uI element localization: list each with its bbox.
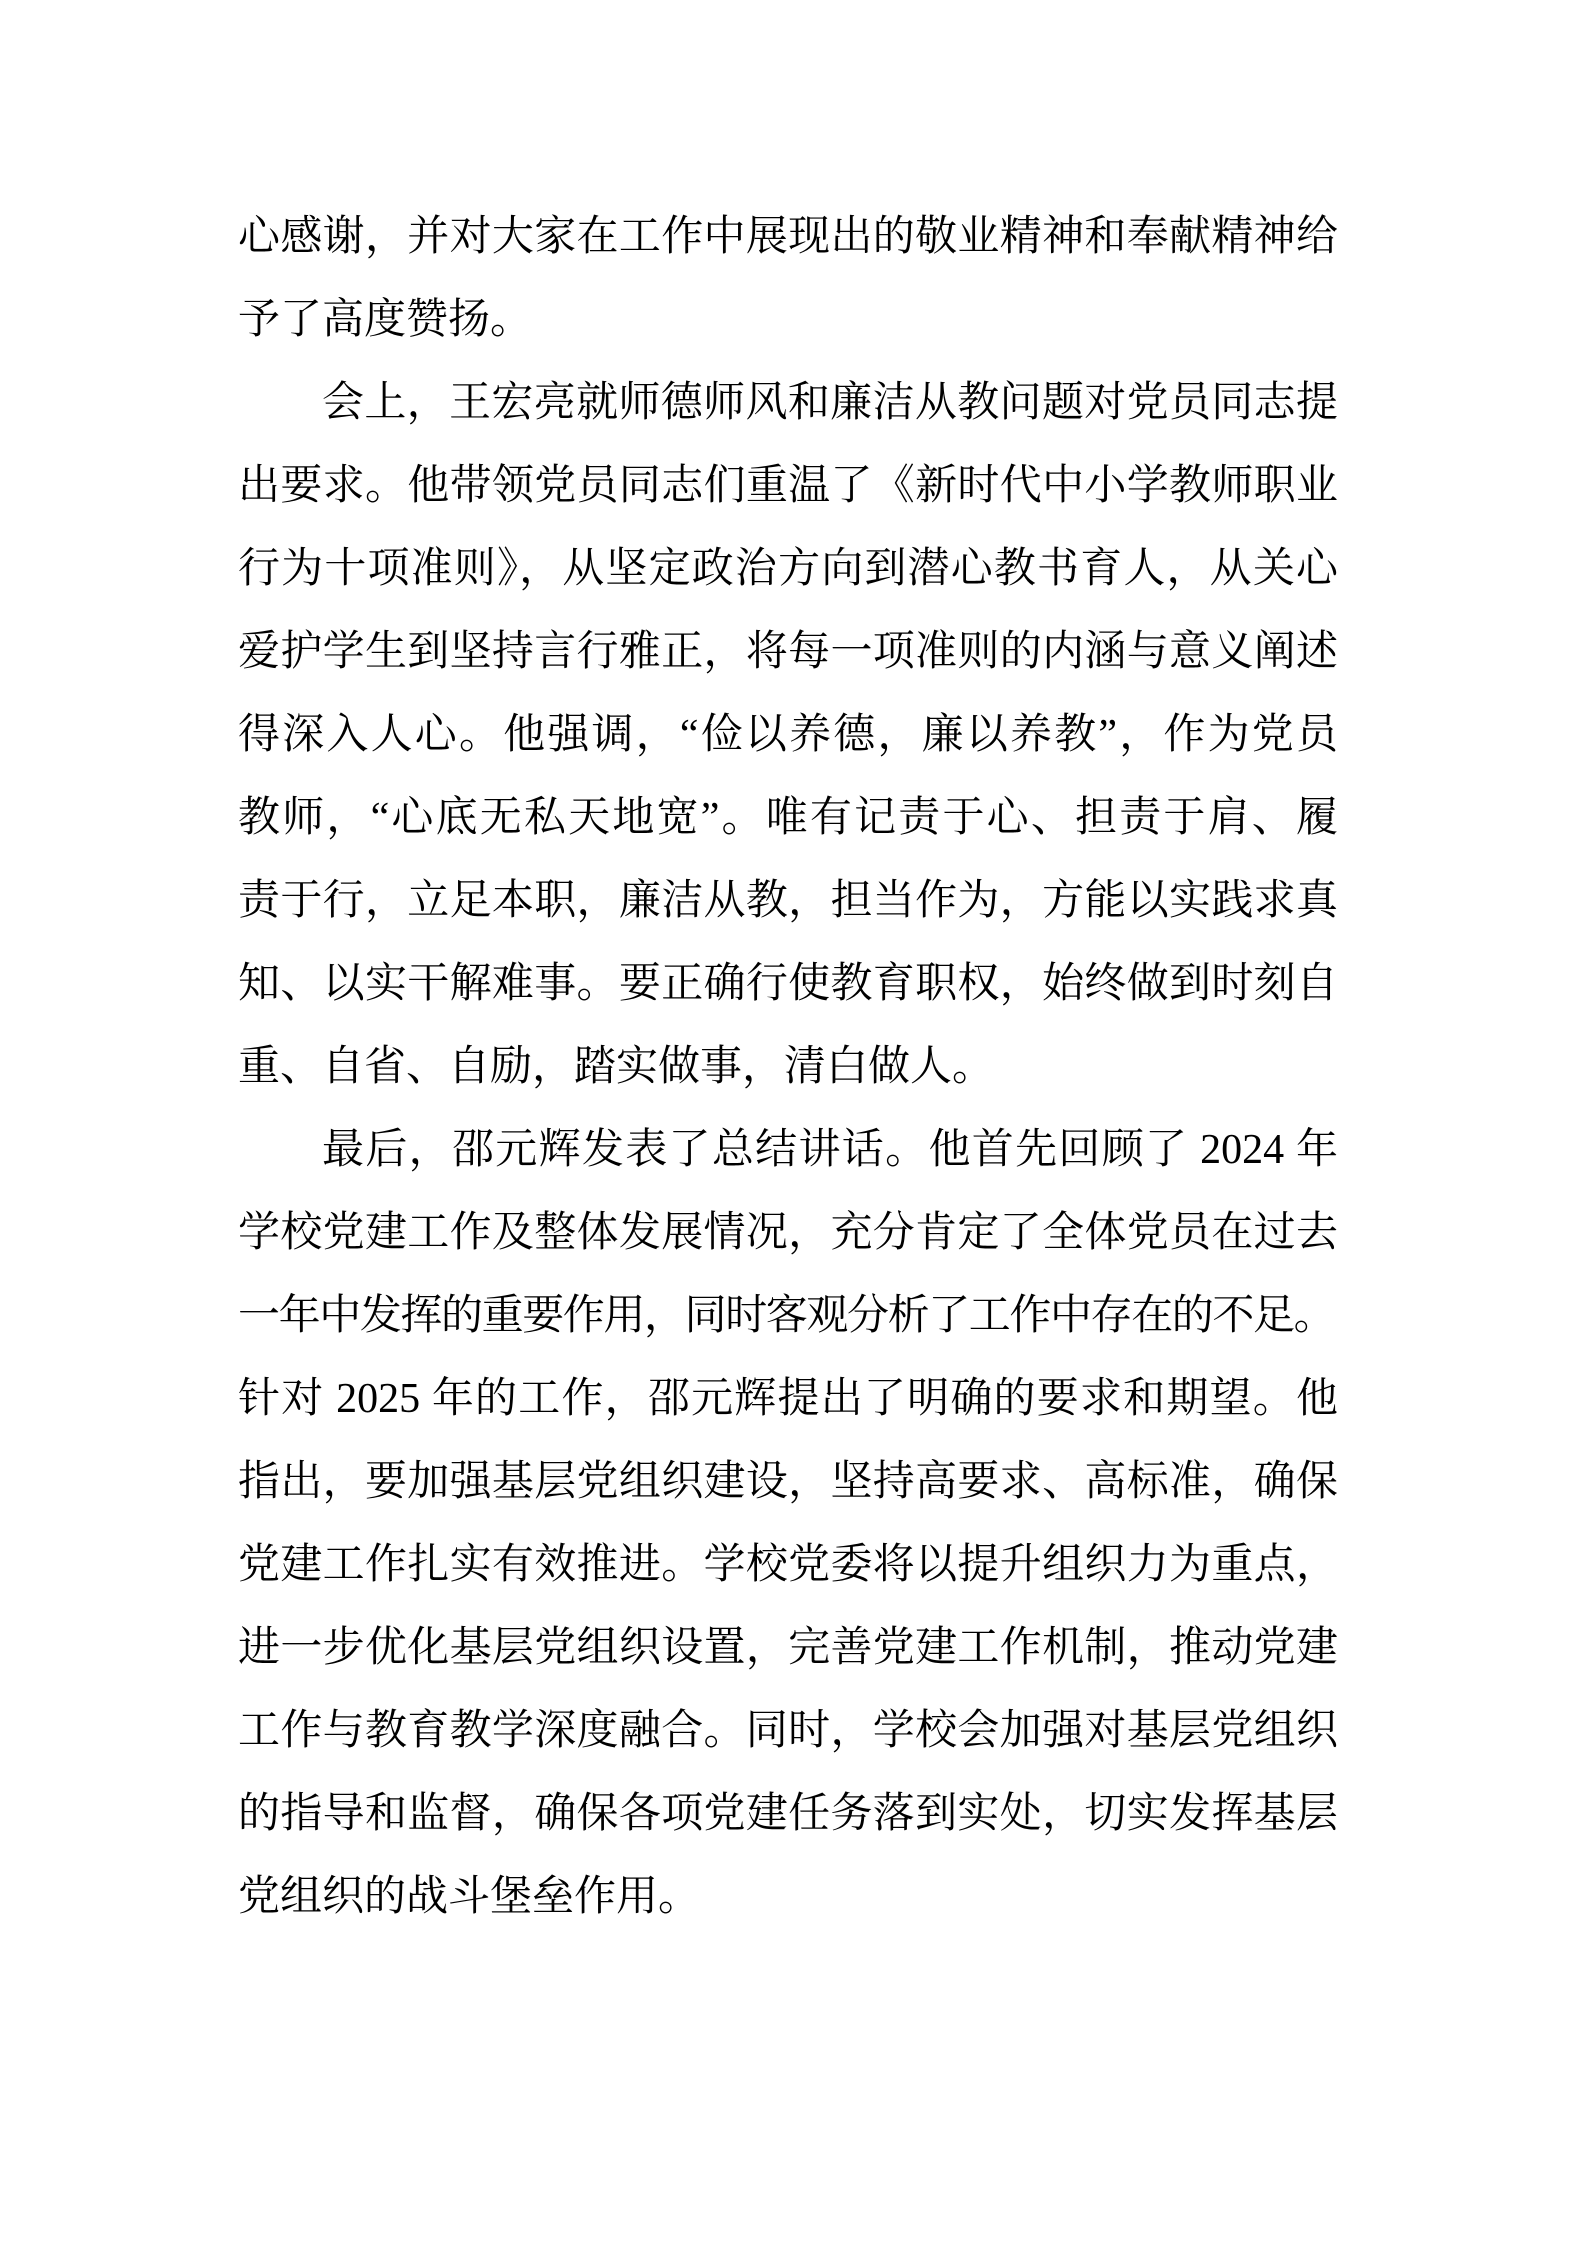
text-line: 行为十项准则》，从坚定政治方向到潜心教书育人，从关心 [238, 528, 1338, 611]
text-line: 党建工作扎实有效推进。学校党委将以提升组织力为重点， [238, 1524, 1338, 1607]
text-line: 心感谢，并对大家在工作中展现出的敬业精神和奉献精神给 [238, 196, 1338, 279]
document-page: 心感谢，并对大家在工作中展现出的敬业精神和奉献精神给予了高度赞扬。会上，王宏亮就… [0, 0, 1587, 2245]
text-line: 爱护学生到坚持言行雅正，将每一项准则的内涵与意义阐述 [238, 611, 1338, 694]
text-line: 予了高度赞扬。 [238, 279, 1338, 362]
document-body: 心感谢，并对大家在工作中展现出的敬业精神和奉献精神给予了高度赞扬。会上，王宏亮就… [238, 196, 1338, 1939]
text-line: 进一步优化基层党组织设置，完善党建工作机制，推动党建 [238, 1607, 1338, 1690]
text-line: 党组织的战斗堡垒作用。 [238, 1856, 1338, 1939]
text-line: 的指导和监督，确保各项党建任务落到实处，切实发挥基层 [238, 1773, 1338, 1856]
text-line: 指出，要加强基层党组织建设，坚持高要求、高标准，确保 [238, 1441, 1338, 1524]
text-line: 教师，“心底无私天地宽”。唯有记责于心、担责于肩、履 [238, 777, 1338, 860]
text-line: 工作与教育教学深度融合。同时，学校会加强对基层党组织 [238, 1690, 1338, 1773]
text-line: 出要求。他带领党员同志们重温了《新时代中小学教师职业 [238, 445, 1338, 528]
text-line: 最后，邵元辉发表了总结讲话。他首先回顾了 2024 年 [238, 1109, 1338, 1192]
text-line: 责于行，立足本职，廉洁从教，担当作为，方能以实践求真 [238, 860, 1338, 943]
text-line: 会上，王宏亮就师德师风和廉洁从教问题对党员同志提 [238, 362, 1338, 445]
text-line: 学校党建工作及整体发展情况，充分肯定了全体党员在过去 [238, 1192, 1338, 1275]
text-line: 知、以实干解难事。要正确行使教育职权，始终做到时刻自 [238, 943, 1338, 1026]
text-line: 得深入人心。他强调，“俭以养德，廉以养教”，作为党员 [238, 694, 1338, 777]
text-line: 针对 2025 年的工作，邵元辉提出了明确的要求和期望。他 [238, 1358, 1338, 1441]
text-line: 一年中发挥的重要作用，同时客观分析了工作中存在的不足。 [238, 1275, 1338, 1358]
text-line: 重、自省、自励，踏实做事，清白做人。 [238, 1026, 1338, 1109]
